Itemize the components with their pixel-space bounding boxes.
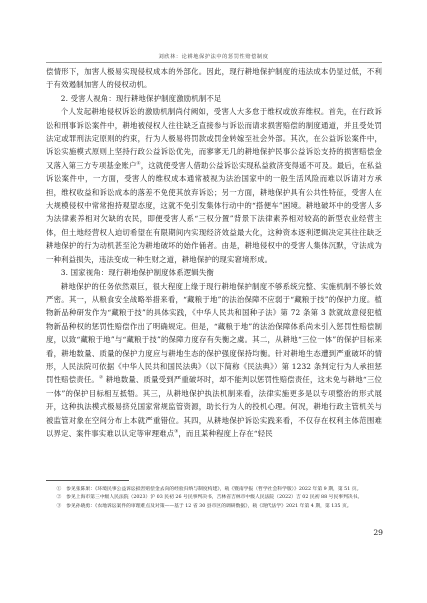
footnote-separator <box>46 480 129 481</box>
footnote-mark: ② <box>57 495 62 500</box>
footnote-2: ② 参见上海市第三中级人民法院（2023）沪 03 民初 26 号民事判决书，吉… <box>46 494 382 502</box>
section-subheading-state-perspective: 3. 国家视角：现行耕地保护制度体系逻辑失衡 <box>46 266 382 279</box>
paragraph-text: ，而且某种程度上存在“轻民 <box>178 429 272 438</box>
body-text: 偿情形下，加害人极易实现侵权成本的外部化。因此，现行耕地保护制度的违法成本仍显过… <box>46 65 382 440</box>
footnote-3: ③ 参见孙晓勇：《农地诉讼案件的审理难点及对策——基于 12 省 30 县市区的… <box>46 503 382 511</box>
footnote-mark: ① <box>57 487 62 492</box>
paragraph-victim-incentive: 个人发起耕地侵权诉讼的激励机制尚付阙如，受害人大多怠于维权或放弃维权。首先，在行… <box>46 105 382 266</box>
page-number: 29 <box>363 528 383 537</box>
footnote-text: 参见张陈果：《环境民事公益诉讼损害赔偿金去向的经验归纳与制度构建》，载《暨南学报… <box>66 487 361 492</box>
paragraph-text: ，这就使受害人借助公益诉讼实现私益救济变得遥不可及。最后，在私益诉讼案件中，一方… <box>46 161 382 264</box>
footnotes: ① 参见张陈果：《环境民事公益诉讼损害赔偿金去向的经验归纳与制度构建》，载《暨南… <box>46 486 382 511</box>
footnote-text: 参见孙晓勇：《农地诉讼案件的审理难点及对策——基于 12 省 30 县市区的调研… <box>66 504 351 509</box>
document-page: 刘欣林：论耕地保护法中的惩罚性赔偿制度 偿情形下，加害人极易实现侵权成本的外部化… <box>0 0 427 603</box>
footnote-mark: ③ <box>57 504 62 509</box>
footnote-text: 参见上海市第三中级人民法院（2023）沪 03 民初 26 号民事判决书，吉林省… <box>66 495 362 500</box>
footnote-1: ① 参见张陈果：《环境民事公益诉讼损害赔偿金去向的经验归纳与制度构建》，载《暨南… <box>46 486 382 494</box>
paragraph-text: 耕地保护的任务依然艰巨，很大程度上缘于现行耕地保护制度不够系统完整、实施机制不够… <box>46 282 382 385</box>
header-rule <box>46 62 382 63</box>
paragraph-state-system: 耕地保护的任务依然艰巨，很大程度上缘于现行耕地保护制度不够系统完整、实施机制不够… <box>46 280 382 441</box>
section-subheading-victim-perspective: 2. 受害人视角：现行耕地保护制度激励机制不足 <box>46 92 382 105</box>
continuation-paragraph: 偿情形下，加害人极易实现侵权成本的外部化。因此，现行耕地保护制度的违法成本仍显过… <box>46 65 382 92</box>
running-header: 刘欣林：论耕地保护法中的惩罚性赔偿制度 <box>0 53 427 60</box>
